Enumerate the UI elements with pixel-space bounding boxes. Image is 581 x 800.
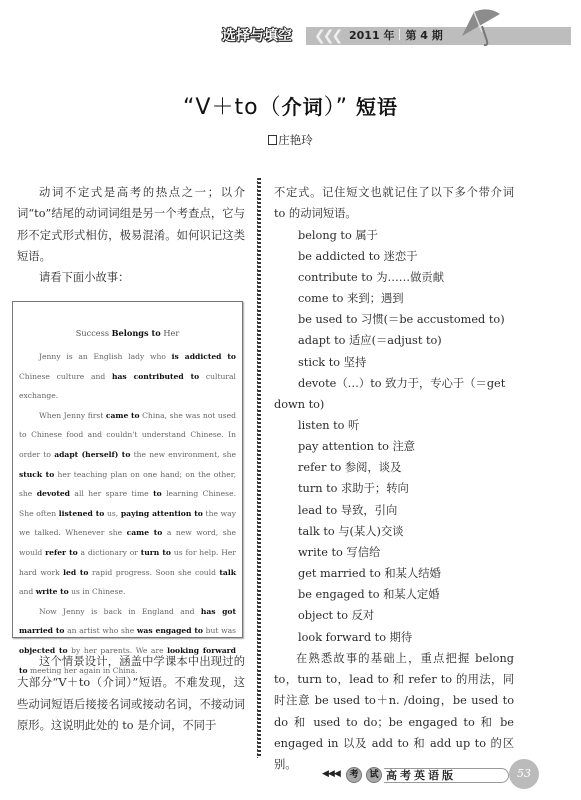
story-text: Now Jenny is back in England and (39, 607, 201, 616)
left-column: 动词不定式是高考的热点之一；以介词“to”结尾的动词词组是另一个考查点，它与形不… (17, 182, 245, 288)
story-text: all her spare time (70, 489, 153, 498)
issue-info: 2011 年第 4 期 (349, 27, 443, 45)
highlighted-phrase: came to (127, 528, 163, 537)
highlighted-phrase: Belongs to (112, 328, 161, 338)
issue-number: 第 4 期 (405, 29, 442, 42)
intro-paragraph: 请看下面小故事： (17, 267, 245, 288)
story-text: us, (104, 509, 121, 518)
highlighted-phrase: to (153, 489, 162, 498)
story-text: and (19, 587, 36, 596)
story-paragraph: When Jenny first came to China, she was … (19, 406, 236, 602)
story-text: Chinese culture and (19, 372, 112, 381)
phrase-item: be engaged to 和某人定婚 (274, 584, 514, 605)
phrase-item: stick to 坚持 (274, 352, 514, 373)
intro-paragraph: 动词不定式是高考的热点之一；以介词“to”结尾的动词词组是另一个考查点，它与形不… (17, 182, 245, 267)
story-text: the new environment, she (130, 450, 236, 459)
highlighted-phrase: adapt (herself) to (54, 450, 130, 459)
highlighted-phrase: listened to (59, 509, 105, 518)
year: 2011 年 (349, 29, 394, 42)
highlighted-phrase: was engaged to (137, 626, 203, 635)
circle-badge: 考 (346, 767, 362, 783)
phrase-item: write to 写信给 (274, 542, 514, 563)
phrase-item: adapt to 适应(＝adjust to) (274, 330, 514, 351)
story-text: When Jenny first (39, 411, 106, 420)
highlighted-phrase: talk (219, 568, 236, 577)
conclusion-paragraph: 在熟悉故事的基础上，重点把握 belong to，turn to，lead to… (274, 648, 514, 776)
section-label: 选择与填空 (222, 25, 292, 47)
highlighted-phrase: devoted (37, 489, 70, 498)
story-text: Success (76, 328, 112, 338)
story-text: Jenny is an English lady who (39, 352, 172, 361)
author-box-icon (268, 135, 277, 145)
highlighted-phrase: came to (106, 411, 140, 420)
story-text: us in Chinese. (69, 587, 126, 596)
phrase-item: pay attention to 注意 (274, 436, 514, 457)
story-text: but was (203, 626, 236, 635)
title-text: “V＋to（介词）” 短语 (183, 95, 398, 120)
story-text: an artist who she (64, 626, 136, 635)
phrase-item: talk to 与(某人)交谈 (274, 521, 514, 542)
highlighted-phrase: led to (63, 568, 88, 577)
page-header: 选择与填空 ❮❮❮ 2011 年第 4 期 (222, 25, 581, 47)
phrase-item: object to 反对 (274, 605, 514, 626)
page-footer: ◀◀◀ 考 试 高考英语版 53 (322, 765, 552, 787)
article-title: “V＋to（介词）” 短语 (0, 90, 581, 121)
phrase-item: listen to 听 (274, 415, 514, 436)
page-number: 53 (509, 759, 539, 789)
left-column-continued: 这个情景设计，涵盖中学课本中出现过的大部分“V＋to（介词）”短语。不难发现，这… (17, 651, 245, 736)
phrase-item: down to) (274, 394, 514, 415)
highlighted-phrase: turn to (141, 548, 171, 557)
story-box: Success Belongs to Her Jenny is an Engli… (12, 301, 243, 638)
story-text: a dictionary or (78, 548, 141, 557)
phrase-item: come to 来到；遇到 (274, 288, 514, 309)
phrase-item: lead to 导致，引向 (274, 500, 514, 521)
story-paragraph: Jenny is an English lady who is addicted… (19, 347, 236, 406)
highlighted-phrase: is addicted to (172, 352, 236, 361)
phrase-item: turn to 求助于；转向 (274, 478, 514, 499)
phrase-item: devote（…）to 致力于，专心于（＝get (274, 373, 514, 394)
phrases-intro: 不定式。记住短文也就记住了以下多个带介词 to 的动词短语。 (274, 182, 514, 225)
highlighted-phrase: stuck to (19, 470, 54, 479)
right-column: 不定式。记住短文也就记住了以下多个带介词 to 的动词短语。 belong to… (274, 182, 514, 776)
journal-name: 高考英语版 (386, 767, 456, 783)
phrase-list: belong to 属于be addicted to 迷恋于contribute… (274, 225, 514, 648)
phrase-item: be used to 习惯(＝be accustomed to) (274, 309, 514, 330)
story-text: Her (161, 328, 180, 338)
phrase-item: refer to 参阅，谈及 (274, 457, 514, 478)
analysis-paragraph: 这个情景设计，涵盖中学课本中出现过的大部分“V＋to（介词）”短语。不难发现，这… (17, 651, 245, 736)
highlighted-phrase: has contributed to (112, 372, 199, 381)
circle-badge: 试 (366, 767, 382, 783)
author-name: 庄艳玲 (278, 133, 313, 147)
column-divider (257, 178, 261, 758)
chevrons-icon: ❮❮❮ (314, 27, 340, 45)
umbrella-icon (460, 8, 506, 48)
phrase-item: contribute to 为……做贡献 (274, 267, 514, 288)
arrows-icon: ◀◀◀ (322, 769, 340, 779)
phrase-item: get married to 和某人结婚 (274, 563, 514, 584)
phrase-item: belong to 属于 (274, 225, 514, 246)
story-text: rapid progress. Soon she could (88, 568, 219, 577)
separator (399, 29, 400, 40)
author-line: 庄艳玲 (0, 132, 581, 148)
highlighted-phrase: refer to (45, 548, 78, 557)
phrase-item: be addicted to 迷恋于 (274, 246, 514, 267)
phrase-item: look forward to 期待 (274, 627, 514, 648)
story-body: Jenny is an English lady who is addicted… (19, 347, 236, 680)
story-title: Success Belongs to Her (19, 326, 236, 340)
header-bar: ❮❮❮ 2011 年第 4 期 (306, 27, 571, 45)
highlighted-phrase: paying attention to (121, 509, 203, 518)
highlighted-phrase: write to (36, 587, 69, 596)
